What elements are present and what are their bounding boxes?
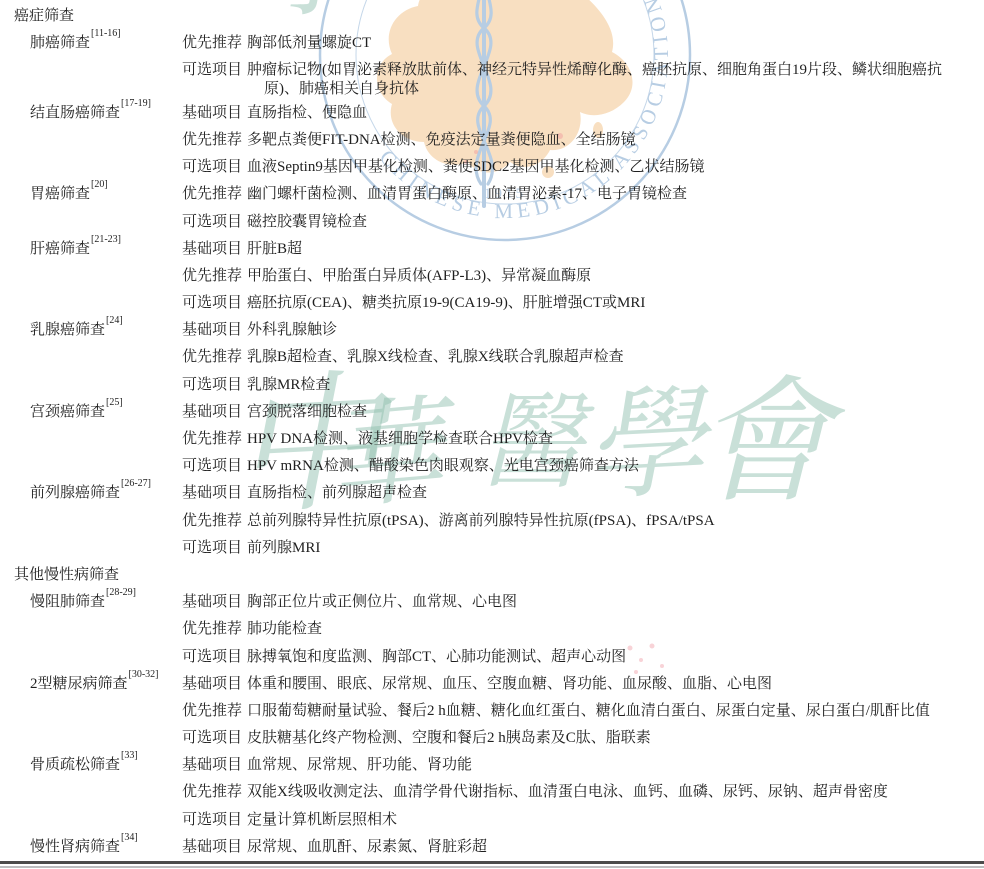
reference-superscript: [33] — [121, 750, 138, 761]
recommended-items-cell: 多靶点粪便FIT-DNA检测、免疫法定量粪便隐血、全结肠镜 — [247, 131, 984, 150]
screening-name-cell: 肝癌筛查[21-23] — [0, 240, 182, 259]
tier-label-cell: 可选项目 — [182, 213, 247, 232]
tier-label-cell: 优先推荐 — [182, 620, 247, 639]
table-row: 优先推荐肺功能检查 — [0, 617, 984, 644]
tier-label-cell: 优先推荐 — [182, 783, 247, 802]
recommended-items-cell: 前列腺MRI — [247, 539, 984, 558]
table-row: 肺癌筛查[11-16]优先推荐胸部低剂量螺旋CT — [0, 31, 984, 58]
reference-superscript: [20] — [91, 179, 108, 190]
screening-name: 慢性肾病筛查 — [30, 839, 120, 855]
screening-name-cell: 慢阻肺筛查[28-29] — [0, 593, 182, 612]
tier-label-cell: 基础项目 — [182, 756, 247, 775]
screening-name: 肺癌筛查 — [30, 35, 90, 51]
table-row: 乳腺癌筛查[24]基础项目外科乳腺触诊 — [0, 318, 984, 345]
tier-label-cell: 优先推荐 — [182, 267, 247, 286]
reference-superscript: [21-23] — [91, 234, 121, 245]
screening-name: 肝癌筛查 — [30, 241, 90, 257]
tier-label-cell: 基础项目 — [182, 403, 247, 422]
recommended-items-cell: 直肠指检、便隐血 — [247, 104, 984, 123]
tier-label-cell: 可选项目 — [182, 61, 247, 80]
tier-label-cell: 基础项目 — [182, 240, 247, 259]
table-row: 结直肠癌筛查[17-19]基础项目直肠指检、便隐血 — [0, 101, 984, 128]
tier-label-cell: 可选项目 — [182, 729, 247, 748]
screening-name: 慢阻肺筛查 — [30, 594, 105, 610]
recommended-items-cell: 肿瘤标记物(如胃泌素释放肽前体、神经元特异性烯醇化酶、癌胚抗原、细胞角蛋白19片… — [247, 61, 984, 99]
table-row: 优先推荐总前列腺特异性抗原(tPSA)、游离前列腺特异性抗原(fPSA)、fPS… — [0, 509, 984, 536]
table-section-row: 癌症筛查 — [0, 4, 984, 31]
recommended-items-cell: 血常规、尿常规、肝功能、肾功能 — [247, 756, 984, 775]
tier-label-cell: 可选项目 — [182, 811, 247, 830]
tier-label-cell: 基础项目 — [182, 675, 247, 694]
recommended-items-cell: 磁控胶囊胃镜检查 — [247, 213, 984, 232]
recommended-items-cell: 外科乳腺触诊 — [247, 321, 984, 340]
screening-name: 乳腺癌筛查 — [30, 322, 105, 338]
recommended-items-cell: 肝脏B超 — [247, 240, 984, 259]
tier-label-cell: 基础项目 — [182, 838, 247, 857]
table-row: 可选项目乳腺MR检查 — [0, 373, 984, 400]
recommended-items-cell: HPV mRNA检测、醋酸染色肉眼观察、光电宫颈癌筛查方法 — [247, 457, 984, 476]
recommended-items-cell: 口服葡萄糖耐量试验、餐后2 h血糖、糖化血红蛋白、糖化血清白蛋白、尿蛋白定量、尿… — [247, 702, 984, 721]
table-row: 可选项目磁控胶囊胃镜检查 — [0, 210, 984, 237]
recommended-items-cell: 胸部低剂量螺旋CT — [247, 34, 984, 53]
screening-name: 前列腺癌筛查 — [30, 485, 120, 501]
table-section-row: 其他慢性病筛查 — [0, 563, 984, 590]
recommended-items-cell: 乳腺B超检查、乳腺X线检查、乳腺X线联合乳腺超声检查 — [247, 348, 984, 367]
tier-label-cell: 基础项目 — [182, 104, 247, 123]
tier-label-cell: 基础项目 — [182, 321, 247, 340]
tier-label-cell: 优先推荐 — [182, 348, 247, 367]
table-bottom-rule — [0, 861, 984, 864]
screening-name: 骨质疏松筛查 — [30, 757, 120, 773]
tier-label-cell: 基础项目 — [182, 484, 247, 503]
reference-superscript: [34] — [121, 832, 138, 843]
recommended-items-cell: HPV DNA检测、液基细胞学检查联合HPV检查 — [247, 430, 984, 449]
screening-name-cell: 肺癌筛查[11-16] — [0, 34, 182, 53]
recommended-items-cell: 胸部正位片或正侧位片、血常规、心电图 — [247, 593, 984, 612]
recommended-items-cell: 幽门螺杆菌检测、血清胃蛋白酶原、血清胃泌素-17、电子胃镜检查 — [247, 185, 984, 204]
reference-superscript: [11-16] — [91, 28, 121, 39]
recommended-items-cell: 定量计算机断层照相术 — [247, 811, 984, 830]
table-row: 优先推荐双能X线吸收测定法、血清学骨代谢指标、血清蛋白电泳、血钙、血磷、尿钙、尿… — [0, 780, 984, 807]
table-row: 可选项目脉搏氧饱和度监测、胸部CT、心肺功能测试、超声心动图 — [0, 645, 984, 672]
screening-name-cell: 前列腺癌筛查[26-27] — [0, 484, 182, 503]
table-row: 优先推荐甲胎蛋白、甲胎蛋白异质体(AFP-L3)、异常凝血酶原 — [0, 264, 984, 291]
recommended-items-cell: 肺功能检查 — [247, 620, 984, 639]
tier-label-cell: 可选项目 — [182, 294, 247, 313]
screening-name-cell: 骨质疏松筛查[33] — [0, 756, 182, 775]
screening-name: 2型糖尿病筛查 — [30, 676, 128, 692]
table-row: 可选项目皮肤糖基化终产物检测、空腹和餐后2 h胰岛素及C肽、脂联素 — [0, 726, 984, 753]
screening-name-cell: 结直肠癌筛查[17-19] — [0, 104, 182, 123]
recommended-items-cell: 皮肤糖基化终产物检测、空腹和餐后2 h胰岛素及C肽、脂联素 — [247, 729, 984, 748]
table-row: 优先推荐多靶点粪便FIT-DNA检测、免疫法定量粪便隐血、全结肠镜 — [0, 128, 984, 155]
tier-label-cell: 可选项目 — [182, 539, 247, 558]
screening-name-cell: 宫颈癌筛查[25] — [0, 403, 182, 422]
recommended-items-cell: 双能X线吸收测定法、血清学骨代谢指标、血清蛋白电泳、血钙、血磷、尿钙、尿钠、超声… — [247, 783, 984, 802]
tier-label-cell: 可选项目 — [182, 376, 247, 395]
section-title: 其他慢性病筛查 — [14, 567, 119, 583]
table-row: 可选项目癌胚抗原(CEA)、糖类抗原19-9(CA19-9)、肝脏增强CT或MR… — [0, 291, 984, 318]
screening-name: 宫颈癌筛查 — [30, 404, 105, 420]
recommended-items-cell: 宫颈脱落细胞检查 — [247, 403, 984, 422]
table-row: 肝癌筛查[21-23]基础项目肝脏B超 — [0, 237, 984, 264]
tier-label-cell: 优先推荐 — [182, 512, 247, 531]
reference-superscript: [26-27] — [121, 478, 151, 489]
tier-label-cell: 可选项目 — [182, 648, 247, 667]
screening-name: 结直肠癌筛查 — [30, 105, 120, 121]
reference-superscript: [30-32] — [129, 669, 159, 680]
table-row: 优先推荐HPV DNA检测、液基细胞学检查联合HPV检查 — [0, 427, 984, 454]
screening-name-cell: 2型糖尿病筛查[30-32] — [0, 675, 182, 694]
table-row: 优先推荐口服葡萄糖耐量试验、餐后2 h血糖、糖化血红蛋白、糖化血清白蛋白、尿蛋白… — [0, 699, 984, 726]
section-title: 癌症筛查 — [14, 8, 74, 24]
section-header-cell: 癌症筛查 — [0, 7, 182, 26]
screening-name-cell: 慢性肾病筛查[34] — [0, 838, 182, 857]
recommended-items-cell: 血液Septin9基因甲基化检测、粪便SDC2基因甲基化检测、乙状结肠镜 — [247, 158, 984, 177]
screening-name-cell: 胃癌筛查[20] — [0, 185, 182, 204]
reference-superscript: [25] — [106, 397, 123, 408]
tier-label-cell: 可选项目 — [182, 158, 247, 177]
table-row: 可选项目肿瘤标记物(如胃泌素释放肽前体、神经元特异性烯醇化酶、癌胚抗原、细胞角蛋… — [0, 58, 984, 100]
table-row: 可选项目血液Septin9基因甲基化检测、粪便SDC2基因甲基化检测、乙状结肠镜 — [0, 155, 984, 182]
screening-name-cell: 乳腺癌筛查[24] — [0, 321, 182, 340]
screening-name: 胃癌筛查 — [30, 186, 90, 202]
recommended-items-cell: 脉搏氧饱和度监测、胸部CT、心肺功能测试、超声心动图 — [247, 648, 984, 667]
tier-label-cell: 优先推荐 — [182, 430, 247, 449]
tier-label-cell: 优先推荐 — [182, 185, 247, 204]
recommended-items-cell: 直肠指检、前列腺超声检查 — [247, 484, 984, 503]
tier-label-cell: 基础项目 — [182, 593, 247, 612]
document-page: 1915 CHINESE MEDICAL ASSOCIATION 中華醫學會學 … — [0, 0, 984, 869]
section-header-cell: 其他慢性病筛查 — [0, 566, 182, 585]
tier-label-cell: 优先推荐 — [182, 34, 247, 53]
table-row: 可选项目前列腺MRI — [0, 536, 984, 563]
table-row: 宫颈癌筛查[25]基础项目宫颈脱落细胞检查 — [0, 400, 984, 427]
table-row: 优先推荐乳腺B超检查、乳腺X线检查、乳腺X线联合乳腺超声检查 — [0, 345, 984, 372]
recommended-items-cell: 甲胎蛋白、甲胎蛋白异质体(AFP-L3)、异常凝血酶原 — [247, 267, 984, 286]
reference-superscript: [28-29] — [106, 587, 136, 598]
table-row: 慢性肾病筛查[34]基础项目尿常规、血肌酐、尿素氮、肾脏彩超 — [0, 835, 984, 862]
table-row: 前列腺癌筛查[26-27]基础项目直肠指检、前列腺超声检查 — [0, 481, 984, 508]
screening-table: 癌症筛查肺癌筛查[11-16]优先推荐胸部低剂量螺旋CT可选项目肿瘤标记物(如胃… — [0, 4, 984, 862]
tier-label-cell: 优先推荐 — [182, 131, 247, 150]
table-row: 2型糖尿病筛查[30-32]基础项目体重和腰围、眼底、尿常规、血压、空腹血糖、肾… — [0, 672, 984, 699]
table-row: 胃癌筛查[20]优先推荐幽门螺杆菌检测、血清胃蛋白酶原、血清胃泌素-17、电子胃… — [0, 182, 984, 209]
table-bottom-rule-shadow — [0, 866, 984, 868]
recommended-items-cell: 癌胚抗原(CEA)、糖类抗原19-9(CA19-9)、肝脏增强CT或MRI — [247, 294, 984, 313]
recommended-items-cell: 尿常规、血肌酐、尿素氮、肾脏彩超 — [247, 838, 984, 857]
tier-label-cell: 优先推荐 — [182, 702, 247, 721]
reference-superscript: [17-19] — [121, 98, 151, 109]
recommended-items-cell: 体重和腰围、眼底、尿常规、血压、空腹血糖、肾功能、血尿酸、血脂、心电图 — [247, 675, 984, 694]
table-row: 慢阻肺筛查[28-29]基础项目胸部正位片或正侧位片、血常规、心电图 — [0, 590, 984, 617]
reference-superscript: [24] — [106, 315, 123, 326]
recommended-items-cell: 乳腺MR检查 — [247, 376, 984, 395]
table-row: 可选项目定量计算机断层照相术 — [0, 808, 984, 835]
recommended-items-cell: 总前列腺特异性抗原(tPSA)、游离前列腺特异性抗原(fPSA)、fPSA/tP… — [247, 512, 984, 531]
table-row: 骨质疏松筛查[33]基础项目血常规、尿常规、肝功能、肾功能 — [0, 753, 984, 780]
tier-label-cell: 可选项目 — [182, 457, 247, 476]
